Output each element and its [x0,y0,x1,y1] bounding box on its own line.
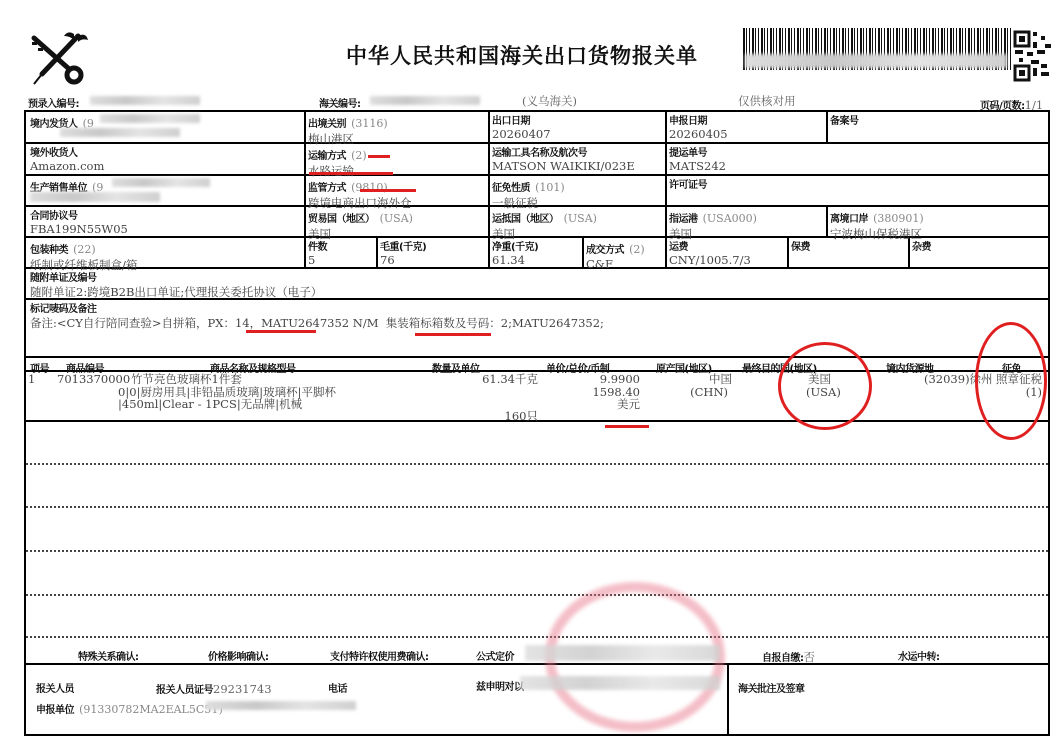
net-weight-field: 净重(千克) 61.34 [492,238,538,267]
misc-fees-field: 杂费 [912,238,931,253]
stamp-text-redacted [525,645,720,661]
annotation-underline [309,172,393,175]
exit-customs-code: (3116) [351,117,388,130]
destination-port-label: 指运港 [669,214,698,225]
statement-label: 兹申明对以 [476,678,524,693]
gross-weight-label: 毛重(千克) [380,238,426,253]
contract-no-label: 合同协议号 [30,207,128,222]
trade-terms-code: (2) [629,243,645,256]
phone-label: 电话 [328,680,347,695]
water-transit-label: 水运中转: [898,648,940,663]
pieces-field: 件数 5 [308,238,327,267]
declaring-unit-label: 申报单位 [36,705,74,716]
contract-no-value: FBA199N55W05 [30,222,128,236]
export-date-value: 20260407 [492,127,551,141]
arrival-country-label: 运抵国（地区） [492,214,559,225]
exit-port-field: 离境口岸 (380901) 宁波梅山保税港区 [830,207,924,242]
exit-customs-field: 出境关别 (3116) 梅山港区 [308,112,388,147]
levy-nature-label: 征免性质 [492,183,530,194]
annotation-underline [605,425,649,428]
trade-country-label: 贸易国（地区） [308,214,375,225]
customs-office: (义乌海关) [522,93,577,109]
annotation-circle-destination [778,342,872,430]
net-weight-value: 61.34 [492,253,538,267]
domestic-shipper-name-redacted [60,128,180,137]
trade-country-code: (USA) [380,212,413,225]
supervision-mode-field: 监管方式 (9810) 跨境电商出口海外仓 [308,176,412,211]
levy-nature-field: 征免性质 (101) 一般征税 [492,176,565,211]
declaring-unit-field: 申报单位 (91330782MA2EAL5C5T) [36,698,223,717]
transport-mode-code: (2) [351,149,367,162]
declare-date-value: 20260405 [669,127,728,141]
declarant-label: 报关人员 [36,680,74,695]
quantity-pieces: 160只 [505,410,538,423]
trade-terms-field: 成交方式 (2) C&F [586,238,645,271]
overseas-consignee-value: Amazon.com [30,159,104,173]
trade-terms-value: C&F [586,257,645,271]
origin-code: (CHN) [690,386,728,399]
declare-date-field: 申报日期 20260405 [669,112,728,141]
barcode-number-redacted [745,54,1007,68]
pieces-value: 5 [308,253,327,267]
formula-price-label: 公式定价 [476,648,514,663]
net-weight-label: 净重(千克) [492,238,538,253]
customs-emblem-icon [28,30,90,86]
gross-weight-value: 76 [380,253,426,267]
gross-weight-field: 毛重(千克) 76 [380,238,426,267]
annotation-underline [246,330,316,333]
misc-fees-label: 杂费 [912,238,931,253]
package-type-label: 包装种类 [30,245,68,256]
overseas-consignee-label: 境外收货人 [30,144,104,159]
supervision-mode-code: (9810) [351,181,388,194]
attached-docs-value: 随附单证2:跨境B2B出口单证;代理报关委托协议（电子） [30,284,322,300]
col-origin: 原产国(地区) [656,360,712,375]
destination-port-field: 指运港 (USA000) 美国 [669,207,757,242]
pre-entry-value-redacted [90,96,200,105]
producer-name-redacted [30,192,160,202]
package-type-field: 包装种类 (22) 纸制或纤维板制盒/箱 [30,238,137,273]
annotation-underline [415,333,491,336]
annotation-underline [368,155,390,158]
supervision-mode-label: 监管方式 [308,183,346,194]
levy-nature-code: (101) [535,181,565,194]
exit-port-label: 离境口岸 [830,214,868,225]
arrival-country-code: (USA) [564,212,597,225]
license-no-field: 许可证号 [669,176,707,191]
declare-date-label: 申报日期 [669,112,728,127]
declaring-unit-name-redacted [206,701,356,710]
domestic-shipper-redacted [100,114,200,123]
price-influence-label: 价格影响确认: [208,648,269,663]
declarant-id-value: 29231743 [213,682,272,696]
customs-no-value-redacted [370,96,480,105]
annotation-circle-levy [975,322,1047,440]
freight-label: 运费 [669,238,751,253]
record-no-field: 备案号 [830,112,859,127]
quantity-weight: 61.34千克 [482,373,538,386]
declaring-unit-code: (91330782MA2EAL5C5T) [79,703,223,716]
exit-port-value: 宁波梅山保税港区 [830,226,924,242]
export-date-label: 出口日期 [492,112,551,127]
royalty-label: 支付特许权使用费确认: [330,648,429,663]
col-quantity: 数量及单位 [432,360,480,375]
freight-field: 运费 CNY/1005.7/3 [669,238,751,267]
statement-text-redacted [520,676,720,690]
document-title: 中华人民共和国海关出口货物报关单 [346,40,698,70]
contract-no-field: 合同协议号 FBA199N55W05 [30,207,128,236]
vessel-voyage-field: 运输工具名称及航次号 MATSON WAIKIKI/023E [492,144,635,173]
self-report-value: 否 [804,650,816,664]
special-relation-label: 特殊关系确认: [78,648,139,663]
bill-of-lading-value: MATS242 [669,159,726,173]
insurance-label: 保费 [791,238,810,253]
attached-docs-field: 随附单证及编号 随附单证2:跨境B2B出口单证;代理报关委托协议（电子） [30,269,322,300]
annotation-underline [360,189,416,192]
producer-redacted [112,178,210,187]
qr-code [1013,30,1052,82]
exit-port-code: (380901) [873,212,924,225]
customs-no-label: 海关编号: [319,95,361,110]
exit-customs-label: 出境关别 [308,119,346,130]
self-report-field: 自报自缴:否 [762,646,815,665]
vessel-voyage-label: 运输工具名称及航次号 [492,144,635,159]
marks-remarks-label: 标记唛码及备注 [30,300,604,315]
export-date-field: 出口日期 20260407 [492,112,551,141]
declarant-id-label: 报关人员证号 [156,685,213,696]
destination-port-code: (USA000) [703,212,757,225]
arrival-country-field: 运抵国（地区） (USA) 美国 [492,207,597,242]
insurance-field: 保费 [791,238,810,253]
goods-spec-line2: |450ml|Clear - 1PCS|无品牌|机械 [118,398,302,411]
customs-approval-label: 海关批注及签章 [738,680,805,695]
marks-remarks-value: 备注:<CY自行陪同查验>自拼箱，PX：14，MATU2647352 N/M 集… [30,315,604,331]
vessel-voyage-value: MATSON WAIKIKI/023E [492,159,635,173]
package-type-code: (22) [73,243,96,256]
trade-terms-label: 成交方式 [586,245,624,256]
bill-of-lading-field: 提运单号 MATS242 [669,144,726,173]
self-report-label: 自报自缴: [762,653,804,664]
declarant-id-field: 报关人员证号29231743 [156,678,272,697]
record-no-label: 备案号 [830,112,859,127]
bill-of-lading-label: 提运单号 [669,144,726,159]
transport-mode-label: 运输方式 [308,151,346,162]
pieces-label: 件数 [308,238,327,253]
marks-remarks-field: 标记唛码及备注 备注:<CY自行陪同查验>自拼箱，PX：14，MATU26473… [30,300,604,331]
pre-entry-label: 预录入编号: [28,95,79,110]
overseas-consignee-field: 境外收货人 Amazon.com [30,144,104,173]
license-no-label: 许可证号 [669,176,707,191]
currency: 美元 [617,398,640,411]
item-no: 1 [28,373,35,386]
verification-note: 仅供核对用 [738,93,796,109]
attached-docs-label: 随附单证及编号 [30,269,322,284]
trade-country-field: 贸易国（地区） (USA) 美国 [308,207,413,242]
freight-value: CNY/1005.7/3 [669,253,751,267]
